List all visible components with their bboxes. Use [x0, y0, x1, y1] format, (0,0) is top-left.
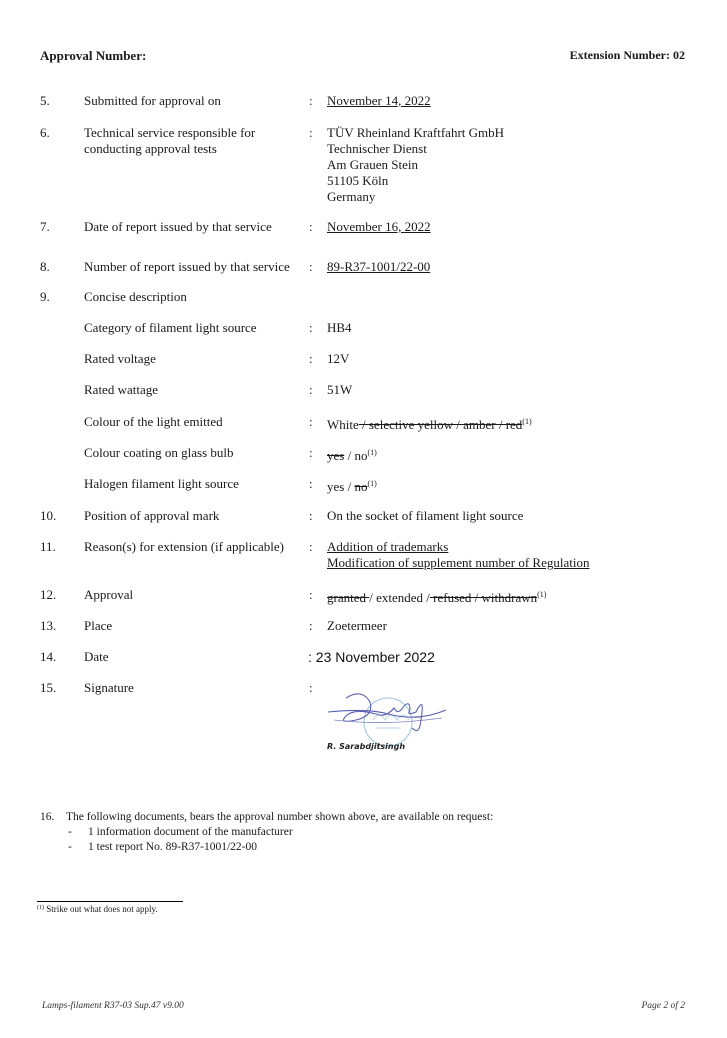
item-number: 9. — [40, 289, 50, 305]
colon: : — [309, 618, 313, 634]
item-number: 16. — [40, 811, 54, 823]
date-value: : 23 November 2022 — [308, 649, 435, 665]
item-label: Position of approval mark — [84, 508, 219, 524]
item-label-line: conducting approval tests — [84, 141, 217, 157]
footnote-ref: (1) — [522, 417, 531, 426]
place-value: Zoetermeer — [327, 618, 387, 634]
item-label-line: Technical service responsible for — [84, 125, 255, 141]
item-number: 8. — [40, 259, 50, 275]
service-country: Germany — [327, 189, 375, 205]
service-dept: Technischer Dienst — [327, 141, 427, 157]
coating-value: yes / no(1) — [327, 445, 377, 464]
footnote-rule — [37, 901, 183, 902]
extension-reason: Addition of trademarks — [327, 539, 448, 555]
colour-value: White / selective yellow / amber / red(1… — [327, 414, 532, 433]
kept-option: White — [327, 417, 359, 432]
colon: : — [309, 587, 313, 603]
colon: : — [309, 476, 313, 492]
document-item: 1 test report No. 89-R37-1001/22-00 — [88, 841, 257, 853]
report-number: 89-R37-1001/22-00 — [327, 259, 430, 275]
item-label: Reason(s) for extension (if applicable) — [84, 539, 284, 555]
colon: : — [309, 680, 313, 696]
colon: : — [309, 508, 313, 524]
extension-number-label: Extension Number: 02 — [570, 48, 685, 63]
colon: : — [309, 259, 313, 275]
colon: : — [309, 320, 313, 336]
struck-option: granted — [327, 590, 369, 605]
footnote-ref: (1) — [367, 479, 376, 488]
item-label: Halogen filament light source — [84, 476, 239, 492]
item-label: Date — [84, 649, 109, 665]
approval-mark-position: On the socket of filament light source — [327, 508, 523, 524]
footer-doc-id: Lamps-filament R37-03 Sup.47 v9.00 — [42, 1001, 184, 1011]
document-item: 1 information document of the manufactur… — [88, 826, 293, 838]
struck-option: refused / withdrawn — [430, 590, 537, 605]
bullet: - — [68, 841, 72, 853]
voltage-value: 12V — [327, 351, 349, 367]
colon: : — [309, 219, 313, 235]
footnote-ref: (1) — [537, 590, 546, 599]
signer-name: R. Sarabdjitsingh — [327, 742, 405, 751]
item-label: Signature — [84, 680, 134, 696]
kept-option: / extended / — [369, 590, 430, 605]
colon: : — [309, 539, 313, 555]
colon: : — [309, 445, 313, 461]
service-name: TÜV Rheinland Kraftfahrt GmbH — [327, 125, 504, 141]
item-number: 6. — [40, 125, 50, 141]
item-label: Category of filament light source — [84, 320, 257, 336]
colon: : — [309, 382, 313, 398]
item-number: 12. — [40, 587, 56, 603]
bullet: - — [68, 826, 72, 838]
item-label: Concise description — [84, 289, 187, 305]
colon: : — [309, 351, 313, 367]
item-number: 11. — [40, 539, 56, 555]
documents-intro: The following documents, bears the appro… — [66, 811, 493, 823]
item-number: 10. — [40, 508, 56, 524]
approval-value: granted / extended / refused / withdrawn… — [327, 587, 546, 606]
submitted-date: November 14, 2022 — [327, 93, 431, 109]
item-number: 14. — [40, 649, 56, 665]
item-label: Colour coating on glass bulb — [84, 445, 234, 461]
item-label: Place — [84, 618, 112, 634]
footnote: (1) Strike out what does not apply. — [37, 904, 158, 914]
footnote-text: Strike out what does not apply. — [46, 904, 157, 914]
wattage-value: 51W — [327, 382, 352, 398]
kept-option: / no — [344, 448, 367, 463]
service-street: Am Grauen Stein — [327, 157, 418, 173]
struck-option: yes — [327, 448, 344, 463]
item-label: Submitted for approval on — [84, 93, 221, 109]
report-date: November 16, 2022 — [327, 219, 431, 235]
struck-options: / selective yellow / amber / red — [359, 417, 523, 432]
extension-reason: Modification of supplement number of Reg… — [327, 555, 589, 571]
item-label: Rated voltage — [84, 351, 156, 367]
colon: : — [309, 93, 313, 109]
item-label: Approval — [84, 587, 133, 603]
item-number: 13. — [40, 618, 56, 634]
footnote-mark: (1) — [37, 905, 44, 911]
colon: : — [309, 414, 313, 430]
colon: : — [309, 125, 313, 141]
item-label: Number of report issued by that service — [84, 259, 290, 275]
category-value: HB4 — [327, 320, 352, 336]
page-number: Page 2 of 2 — [641, 1001, 685, 1011]
service-city: 51105 Köln — [327, 173, 388, 189]
struck-option: no — [354, 479, 367, 494]
footnote-ref: (1) — [367, 448, 376, 457]
halogen-value: yes / no(1) — [327, 476, 377, 495]
item-number: 5. — [40, 93, 50, 109]
item-label: Date of report issued by that service — [84, 219, 272, 235]
item-label: Colour of the light emitted — [84, 414, 223, 430]
item-number: 7. — [40, 219, 50, 235]
signature-stamp-icon — [318, 690, 458, 750]
item-label: Rated wattage — [84, 382, 158, 398]
kept-option: yes / — [327, 479, 354, 494]
approval-number-label: Approval Number: — [40, 48, 146, 64]
item-number: 15. — [40, 680, 56, 696]
